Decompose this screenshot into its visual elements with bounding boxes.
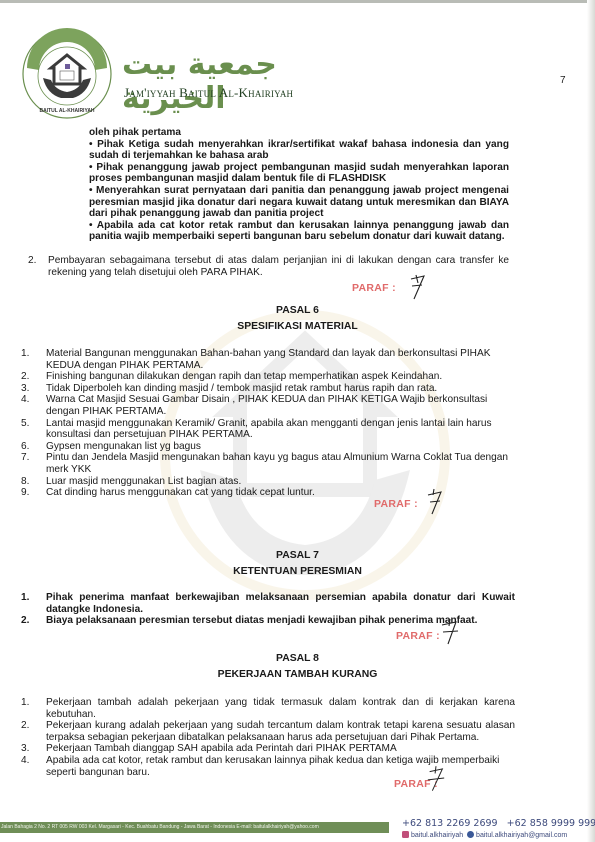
list-item: 1.Pihak penerima manfaat berkewajiban me… (21, 592, 515, 615)
pasal7-title: PASAL 7 (0, 550, 595, 562)
org-name-latin: Jam'iyyah Baitul Al-Khairiyah (124, 85, 293, 101)
facebook-handle: baitul.alkhairiyah@gmail.com (476, 832, 567, 839)
pasal6-title: PASAL 6 (0, 305, 595, 317)
intro-bullets: oleh pihak pertama • Pihak Ketiga sudah … (89, 127, 509, 243)
scan-edge-shadow (587, 0, 595, 842)
footer-address: Jalan Bahagia 2 No. 2 RT 005 RW 003 Kel.… (0, 822, 389, 833)
pasal6-subtitle: SPESIFIKASI MATERIAL (0, 321, 595, 333)
list-item: 4.Warna Cat Masjid Sesuai Gambar Disain … (21, 394, 516, 417)
page-top-border (0, 0, 595, 3)
intro-line: oleh pihak pertama (89, 127, 509, 139)
facebook-icon (467, 831, 474, 838)
page-number: 7 (560, 75, 566, 86)
footer-social: baitul.alkhairiyah baitul.alkhairiyah@gm… (402, 831, 567, 839)
intro-bullet: • Apabila ada cat kotor retak rambut dan… (89, 220, 509, 243)
initial-signature (425, 487, 445, 515)
phone-2: +62 858 9999 9997 (507, 818, 595, 829)
pasal6-list: 1.Material Bangunan menggunakan Bahan-ba… (21, 348, 516, 499)
list-item: 2.Pekerjaan kurang adalah pekerjaan yang… (21, 720, 515, 743)
paraf-label: PARAF : (352, 282, 396, 294)
organization-logo: BAITUL AL-KHAIRIYAH (21, 28, 113, 120)
list-item: 3.Tidak Diperboleh kan dinding masjid / … (21, 383, 516, 395)
initial-signature (408, 273, 428, 301)
pasal8-subtitle: PEKERJAAN TAMBAH KURANG (0, 669, 595, 681)
list-item: 6.Gypsen mengunakan list yg bagus (21, 441, 516, 453)
pasal7-subtitle: KETENTUAN PERESMIAN (0, 566, 595, 578)
intro-bullet: • Menyerahkan surat pernyataan dari pani… (89, 185, 509, 220)
paraf-label: PARAF : (374, 498, 418, 510)
intro-bullet: • Pihak penanggung jawab project pembang… (89, 162, 509, 185)
list-item: 5.Lantai masjid menggunakan Keramik/ Gra… (21, 418, 516, 441)
intro-item2-number: 2. (28, 255, 48, 267)
list-item: 2.Finishing bangunan dilakukan dengan ra… (21, 371, 516, 383)
svg-text:BAITUL AL-KHAIRIYAH: BAITUL AL-KHAIRIYAH (39, 108, 94, 114)
footer-phones: +62 813 2269 2699 +62 858 9999 9997 (402, 818, 595, 829)
intro-item2-text: Pembayaran sebagaimana tersebut di atas … (48, 255, 509, 278)
initial-signature (426, 764, 446, 792)
list-item: 7.Pintu dan Jendela Masjid mengunakan ba… (21, 452, 516, 475)
paraf-label: PARAF : (396, 630, 440, 642)
instagram-handle: baitul.alkhairiyah (411, 832, 463, 839)
initial-signature (440, 617, 460, 645)
intro-bullet: • Pihak Ketiga sudah menyerahkan ikrar/s… (89, 139, 509, 162)
list-item: 1.Material Bangunan menggunakan Bahan-ba… (21, 348, 516, 371)
org-name-arabic: جمعية بيت الخيرية (122, 48, 312, 82)
list-item: 1.Pekerjaan tambah adalah pekerjaan yang… (21, 697, 515, 720)
phone-1: +62 813 2269 2699 (402, 818, 498, 829)
instagram-icon (402, 831, 409, 838)
pasal8-title: PASAL 8 (0, 653, 595, 665)
list-item: 8.Luar masjid menggunakan List bagian at… (21, 476, 516, 488)
list-item: 3.Pekerjaan Tambah dianggap SAH apabila … (21, 743, 515, 755)
